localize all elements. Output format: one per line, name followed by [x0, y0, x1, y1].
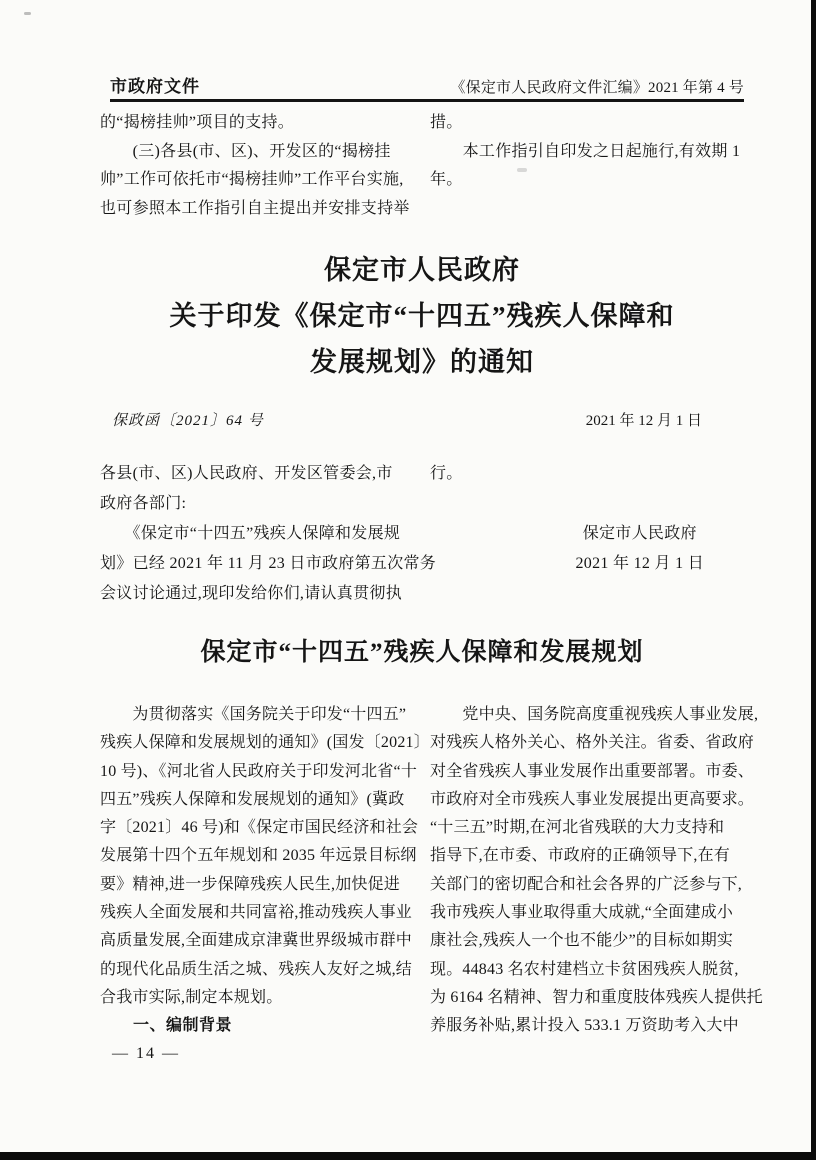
scan-edge-bottom — [0, 1152, 816, 1160]
plan-right-column: 党中央、国务院高度重视残疾人事业发展,对残疾人格外关心、格外关注。省委、省政府对… — [430, 701, 744, 1041]
text-line: 指导下,在市委、市政府的正确领导下,在有 — [430, 842, 744, 870]
text-line: 的现代化品质生活之城、残疾人友好之城,结 — [100, 956, 414, 984]
text-line: 市政府对全市残疾人事业发展提出更高要求。 — [430, 786, 744, 814]
notice-title-line: 发展规划》的通知 — [100, 339, 744, 385]
prev-doc-left-column: 的“揭榜挂帅”项目的支持。 (三)各县(市、区)、开发区的“揭榜挂帅”工作可依托… — [100, 109, 414, 223]
header-rule — [110, 99, 744, 102]
notice-title-line: 保定市人民政府 — [100, 247, 744, 293]
text-line: 养服务补贴,累计投入 533.1 万资助考入大中 — [430, 1012, 744, 1040]
text-line: 康社会,残疾人一个也不能少”的目标如期实 — [430, 927, 744, 955]
text-line: 关部门的密切配合和社会各界的广泛参与下, — [430, 871, 744, 899]
section-heading: 一、编制背景 — [100, 1012, 414, 1040]
text-line: 发展第十四个五年规划和 2035 年远景目标纲 — [100, 842, 414, 870]
text-line: 的“揭榜挂帅”项目的支持。 — [100, 109, 414, 138]
signature-issuer: 保定市人民政府 — [576, 519, 705, 549]
text-line: 合我市实际,制定本规划。 — [100, 984, 414, 1012]
text-line: 为贯彻落实《国务院关于印发“十四五” — [100, 701, 414, 729]
text-line: 对全省残疾人事业发展作出重要部署。市委、 — [430, 758, 744, 786]
text-line: 为 6164 名精神、智力和重度肢体残疾人提供托 — [430, 984, 744, 1012]
page-header: 市政府文件 《保定市人民政府文件汇编》2021 年第 4 号 — [110, 72, 744, 97]
text-line: 四五”残疾人保障和发展规划的通知》(冀政 — [100, 786, 414, 814]
notice-left-column: 各县(市、区)人民政府、开发区管委会,市政府各部门: 《保定市“十四五”残疾人保… — [100, 459, 414, 609]
text-line: 帅”工作可依托市“揭榜挂帅”工作平台实施, — [100, 166, 414, 195]
plan-left-lines: 为贯彻落实《国务院关于印发“十四五”残疾人保障和发展规划的通知》(国发〔2021… — [100, 701, 414, 1012]
document-page: 市政府文件 《保定市人民政府文件汇编》2021 年第 4 号 的“揭榜挂帅”项目… — [0, 0, 816, 1160]
text-line: “十三五”时期,在河北省残联的大力支持和 — [430, 814, 744, 842]
scan-artifact — [517, 168, 527, 172]
text-line: 要》精神,进一步保障残疾人民生,加快促进 — [100, 871, 414, 899]
notice-title-line: 关于印发《保定市“十四五”残疾人保障和 — [100, 293, 744, 339]
text-line: 字〔2021〕46 号)和《保定市国民经济和社会 — [100, 814, 414, 842]
notice-meta-row: 保政函〔2021〕64 号 2021 年 12 月 1 日 — [112, 408, 702, 434]
text-line: 划》已经 2021 年 11 月 23 日市政府第五次常务 — [100, 549, 414, 579]
text-line: 也可参照本工作指引自主提出并安排支持举 — [100, 195, 414, 224]
text-line: 年。 — [430, 166, 744, 195]
text-line: 行。 — [430, 459, 744, 489]
text-line: 残疾人全面发展和共同富裕,推动残疾人事业 — [100, 899, 414, 927]
text-line: 10 号)、《河北省人民政府关于印发河北省“十 — [100, 758, 414, 786]
text-line: 党中央、国务院高度重视残疾人事业发展, — [430, 701, 744, 729]
notice-right-column: 行。 保定市人民政府 2021 年 12 月 1 日 — [430, 459, 744, 609]
doc-date: 2021 年 12 月 1 日 — [586, 408, 702, 434]
text-line: 残疾人保障和发展规划的通知》(国发〔2021〕 — [100, 729, 414, 757]
scan-edge-right — [811, 0, 816, 1160]
text-line: 对残疾人格外关心、格外关注。省委、省政府 — [430, 729, 744, 757]
text-line: 我市残疾人事业取得重大成就,“全面建成小 — [430, 899, 744, 927]
header-compilation-ref: 《保定市人民政府文件汇编》2021 年第 4 号 — [450, 76, 744, 97]
text-line: 政府各部门: — [100, 489, 414, 519]
notice-title: 保定市人民政府关于印发《保定市“十四五”残疾人保障和发展规划》的通知 — [100, 247, 744, 385]
text-line: 高质量发展,全面建成京津冀世界级城市群中 — [100, 927, 414, 955]
notice-body: 各县(市、区)人民政府、开发区管委会,市政府各部门: 《保定市“十四五”残疾人保… — [100, 459, 744, 609]
doc-number: 保政函〔2021〕64 号 — [112, 408, 264, 434]
prev-doc-right-column: 措。 本工作指引自印发之日起施行,有效期 1年。 — [430, 109, 744, 223]
plan-left-column: 为贯彻落实《国务院关于印发“十四五”残疾人保障和发展规划的通知》(国发〔2021… — [100, 701, 414, 1041]
plan-title: 保定市“十四五”残疾人保障和发展规划 — [100, 636, 744, 670]
page-number: — 14 — — [112, 1045, 180, 1063]
text-line: 各县(市、区)人民政府、开发区管委会,市 — [100, 459, 414, 489]
signature-block: 保定市人民政府 2021 年 12 月 1 日 — [576, 519, 705, 579]
signature-date: 2021 年 12 月 1 日 — [576, 549, 705, 579]
text-line: 现。44843 名农村建档立卡贫困残疾人脱贫, — [430, 956, 744, 984]
scan-artifact — [24, 12, 31, 15]
text-line: 《保定市“十四五”残疾人保障和发展规 — [100, 519, 414, 549]
text-line: 会议讨论通过,现印发给你们,请认真贯彻执 — [100, 579, 414, 609]
text-line: (三)各县(市、区)、开发区的“揭榜挂 — [100, 138, 414, 167]
text-line: 措。 — [430, 109, 744, 138]
previous-document-tail: 的“揭榜挂帅”项目的支持。 (三)各县(市、区)、开发区的“揭榜挂帅”工作可依托… — [100, 109, 744, 223]
plan-body: 为贯彻落实《国务院关于印发“十四五”残疾人保障和发展规划的通知》(国发〔2021… — [100, 701, 744, 1041]
header-doc-category: 市政府文件 — [110, 72, 200, 97]
text-line: 本工作指引自印发之日起施行,有效期 1 — [430, 138, 744, 167]
